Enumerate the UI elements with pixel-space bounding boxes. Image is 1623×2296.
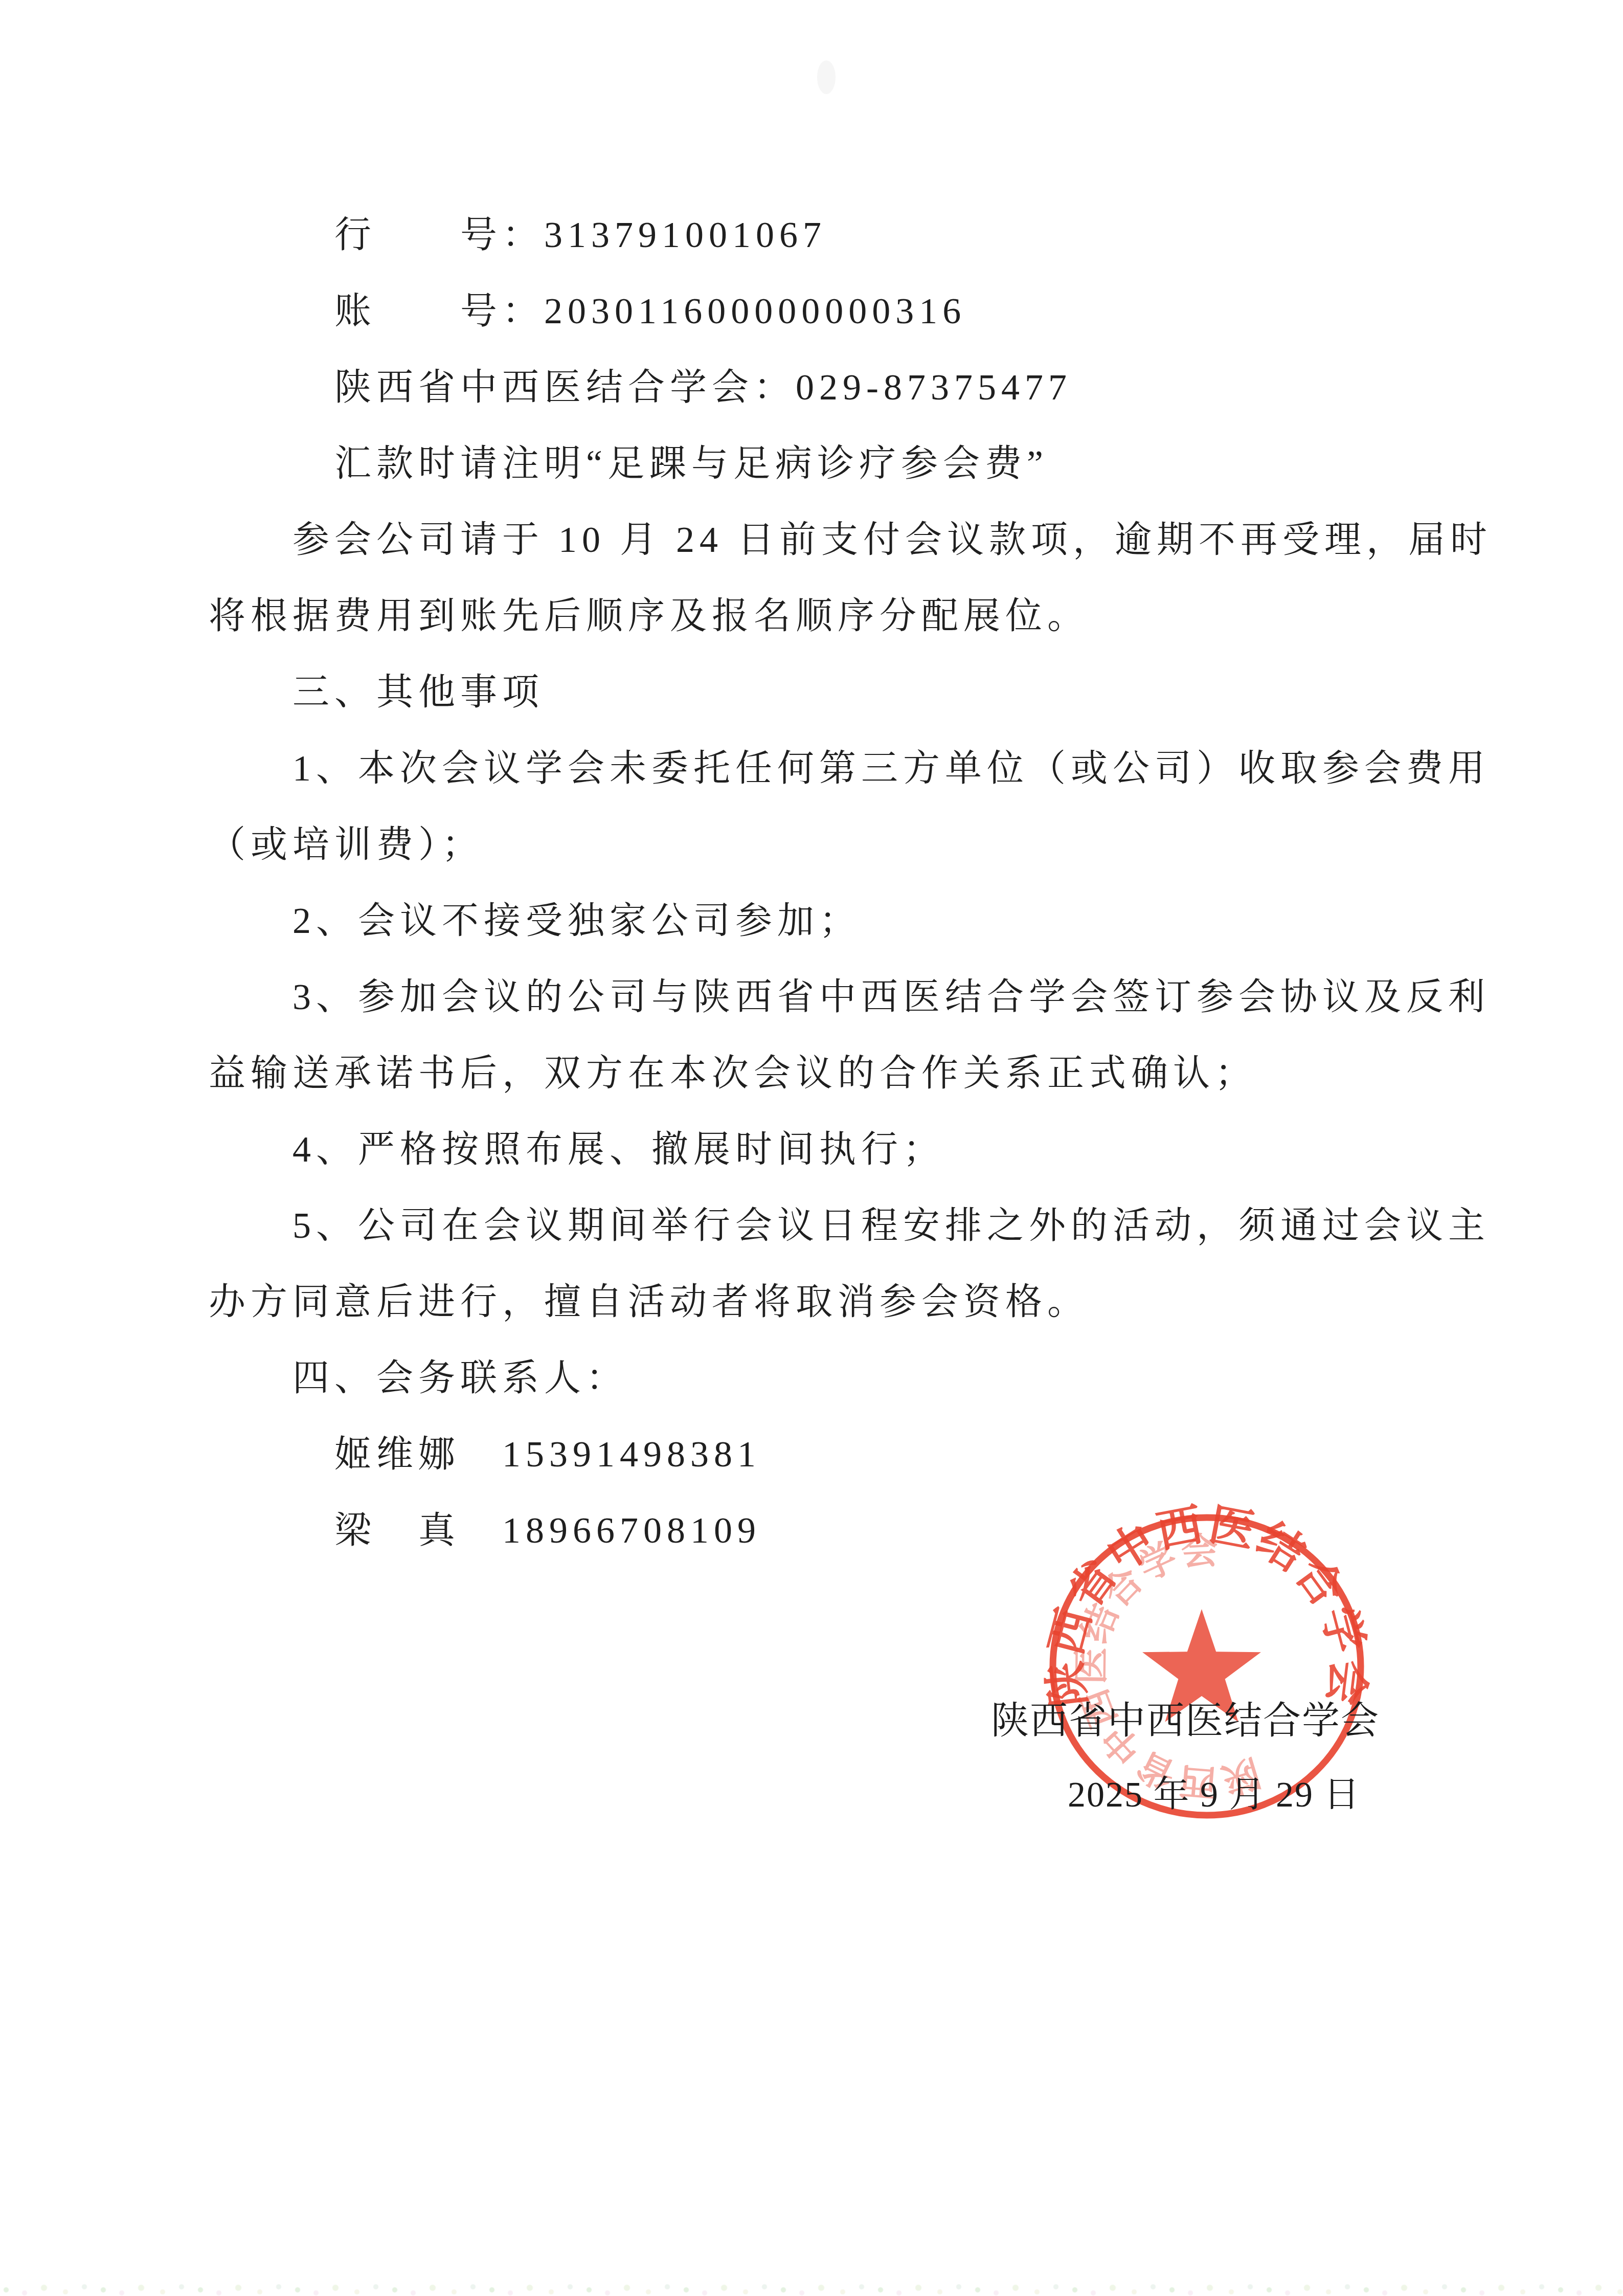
text-line: 行 号：313791001067 <box>209 197 1492 273</box>
text-line: 4、严格按照布展、撤展时间执行； <box>209 1111 1492 1188</box>
text-line: 办方同意后进行，擅自活动者将取消参会资格。 <box>209 1264 1492 1340</box>
text-line: 参会公司请于 10 月 24 日前支付会议款项，逾期不再受理，届时 <box>209 502 1492 578</box>
signature-date: 2025 年 9 月 29 日 <box>1068 1770 1361 1821</box>
text-line: 三、其他事项 <box>209 654 1492 730</box>
text-line: 5、公司在会议期间举行会议日程安排之外的活动，须通过会议主 <box>209 1188 1492 1264</box>
text-line: 3、参加会议的公司与陕西省中西医结合学会签订参会协议及反利 <box>209 959 1492 1035</box>
text-line: 将根据费用到账先后顺序及报名顺序分配展位。 <box>209 578 1492 654</box>
document-page: 行 号：313791001067 账 号：203011600000000316 … <box>0 0 1623 2296</box>
document-body: 行 号：313791001067 账 号：203011600000000316 … <box>209 197 1492 1569</box>
text-line: 梁 真 18966708109 <box>209 1492 1492 1569</box>
text-line: 四、会务联系人： <box>209 1340 1492 1416</box>
text-line: 1、本次会议学会未委托任何第三方单位（或公司）收取参会费用 <box>209 730 1492 807</box>
text-line: 汇款时请注明“足踝与足病诊疗参会费” <box>209 426 1492 502</box>
scan-noise-strip <box>0 2283 1623 2296</box>
text-line: 账 号：203011600000000316 <box>209 273 1492 349</box>
text-line: 陕西省中西医结合学会：029-87375477 <box>209 349 1492 426</box>
scan-smudge <box>817 60 836 94</box>
text-line: 益输送承诺书后，双方在本次会议的合作关系正式确认； <box>209 1035 1492 1111</box>
text-line: （或培训费）； <box>209 807 1492 883</box>
signature-org: 陕西省中西医结合学会 <box>991 1694 1380 1748</box>
text-line: 姬维娜 15391498381 <box>209 1416 1492 1492</box>
text-line: 2、会议不接受独家公司参加； <box>209 883 1492 959</box>
